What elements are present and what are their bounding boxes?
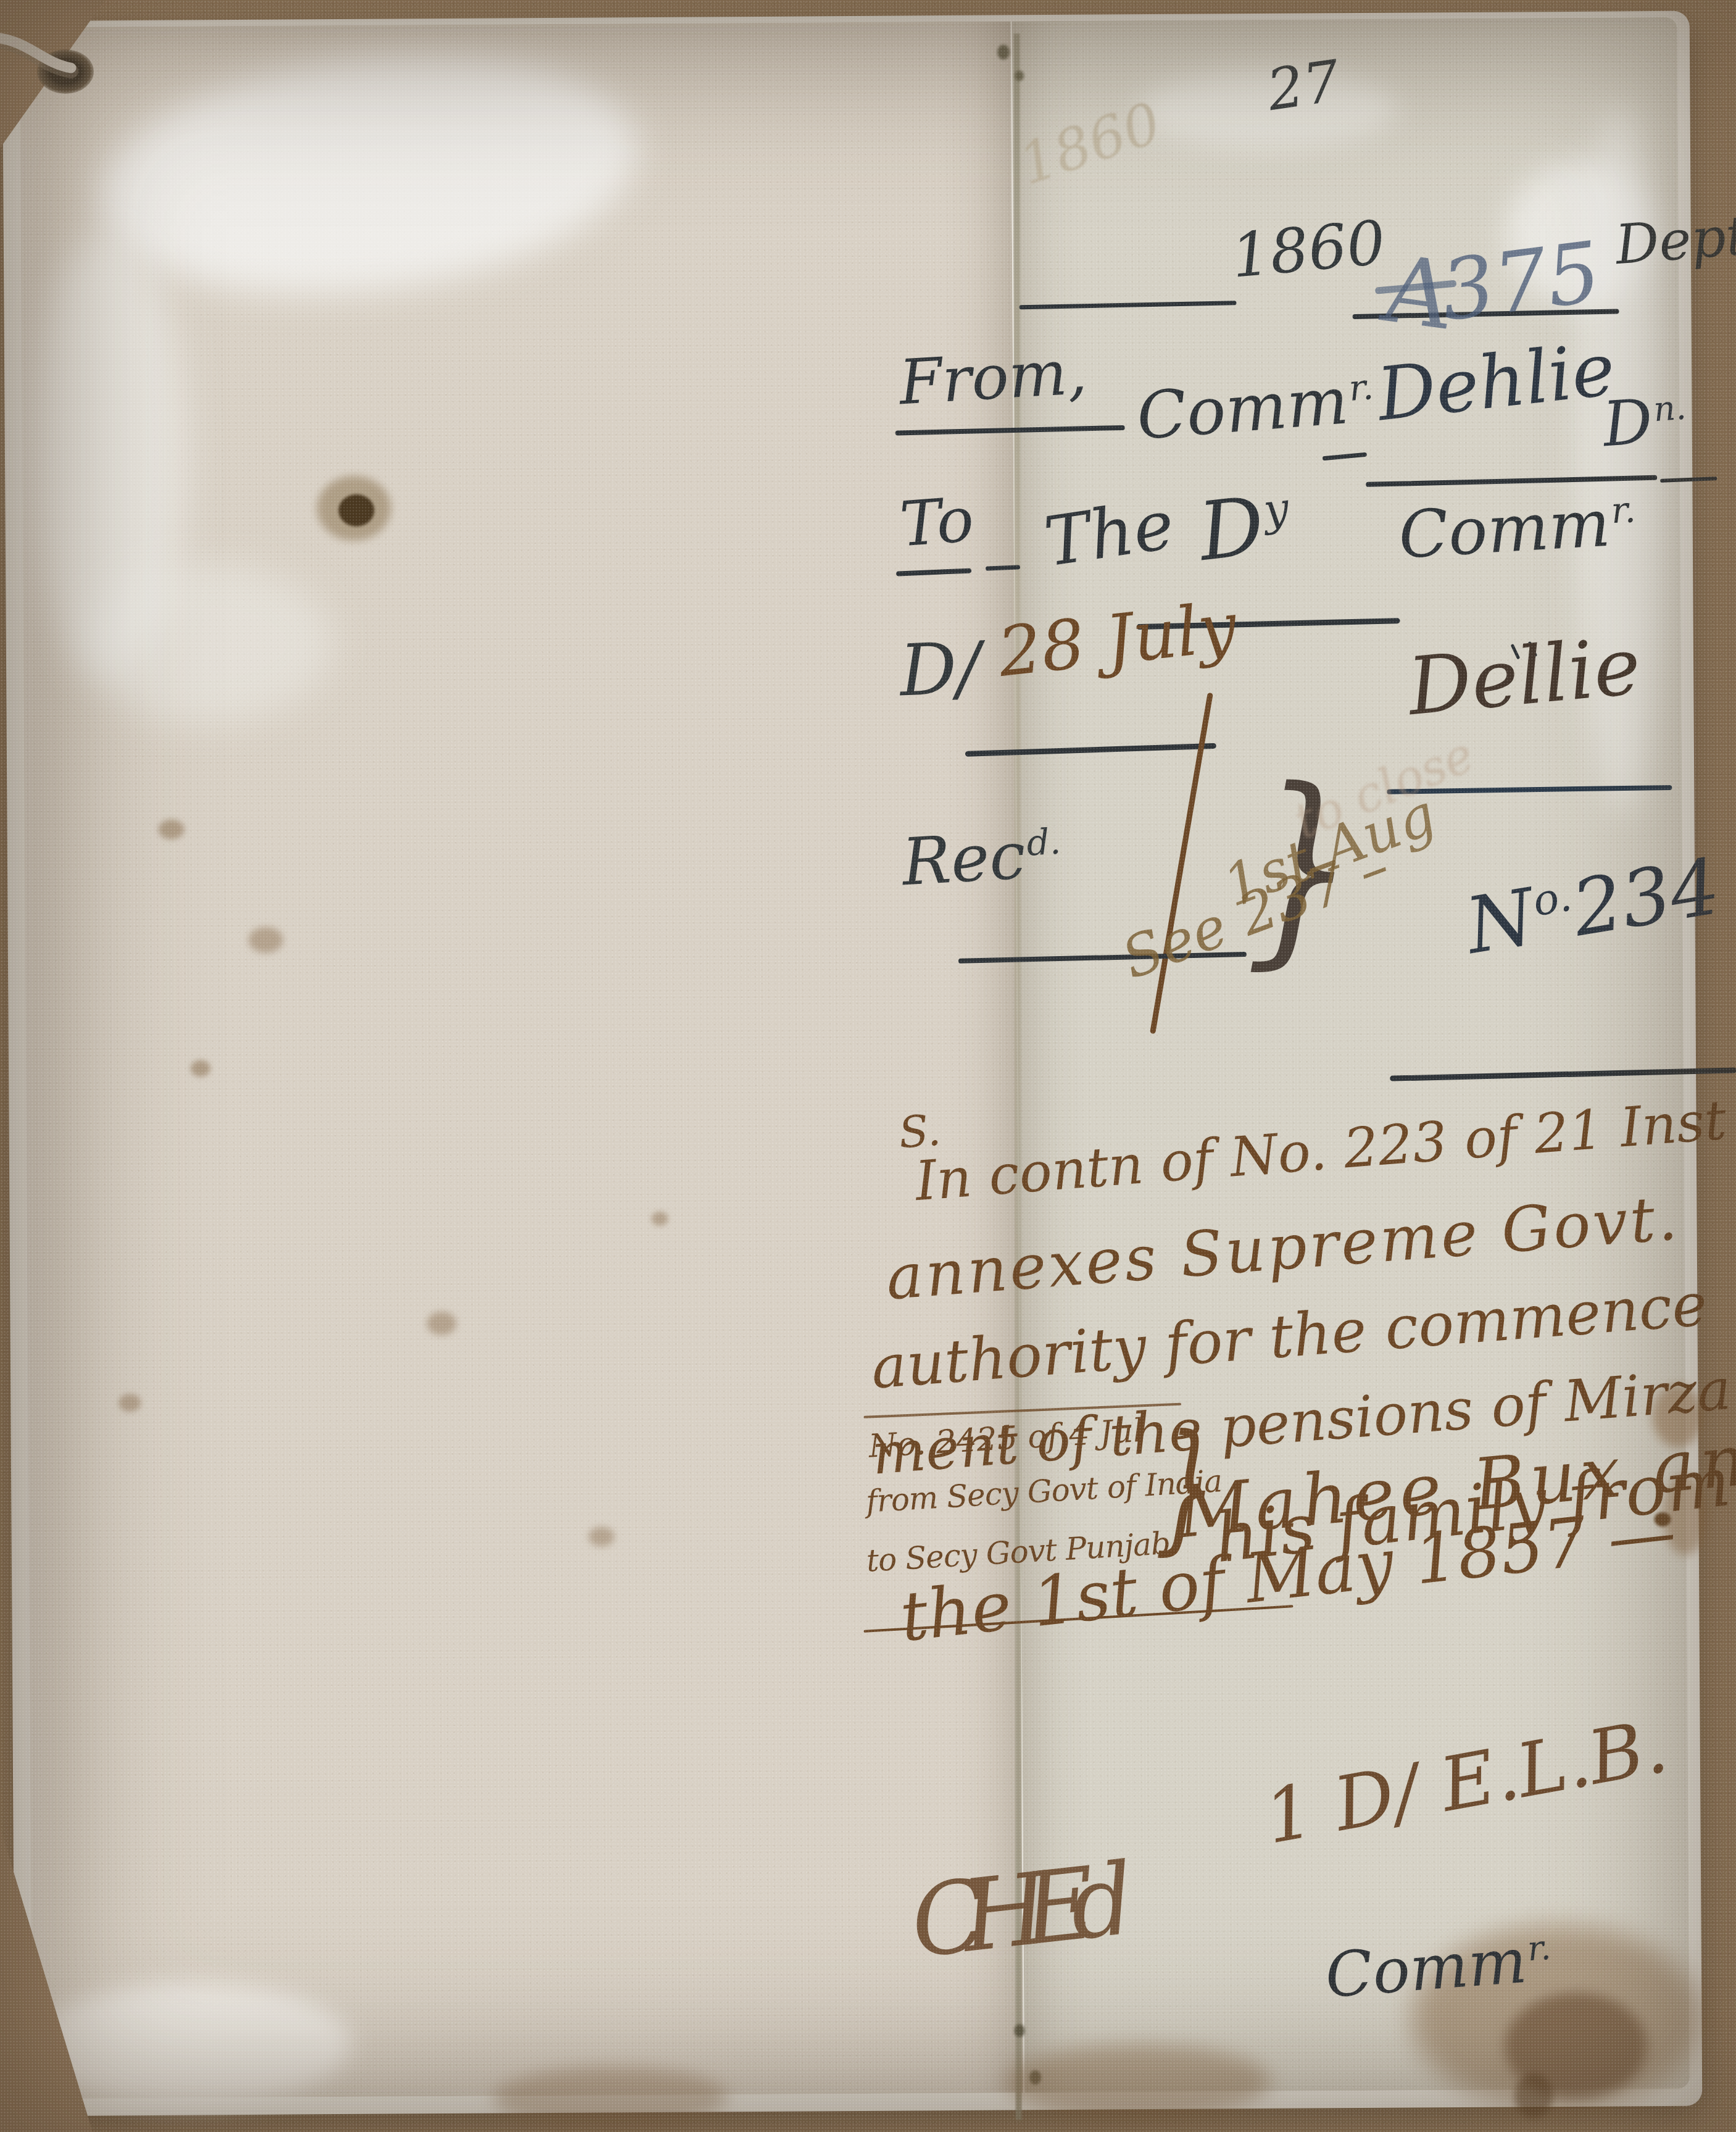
photo-vignette (0, 0, 1736, 2132)
photo-canvas: { "palette": { "black_ink": "#31363a", "… (0, 0, 1736, 2132)
